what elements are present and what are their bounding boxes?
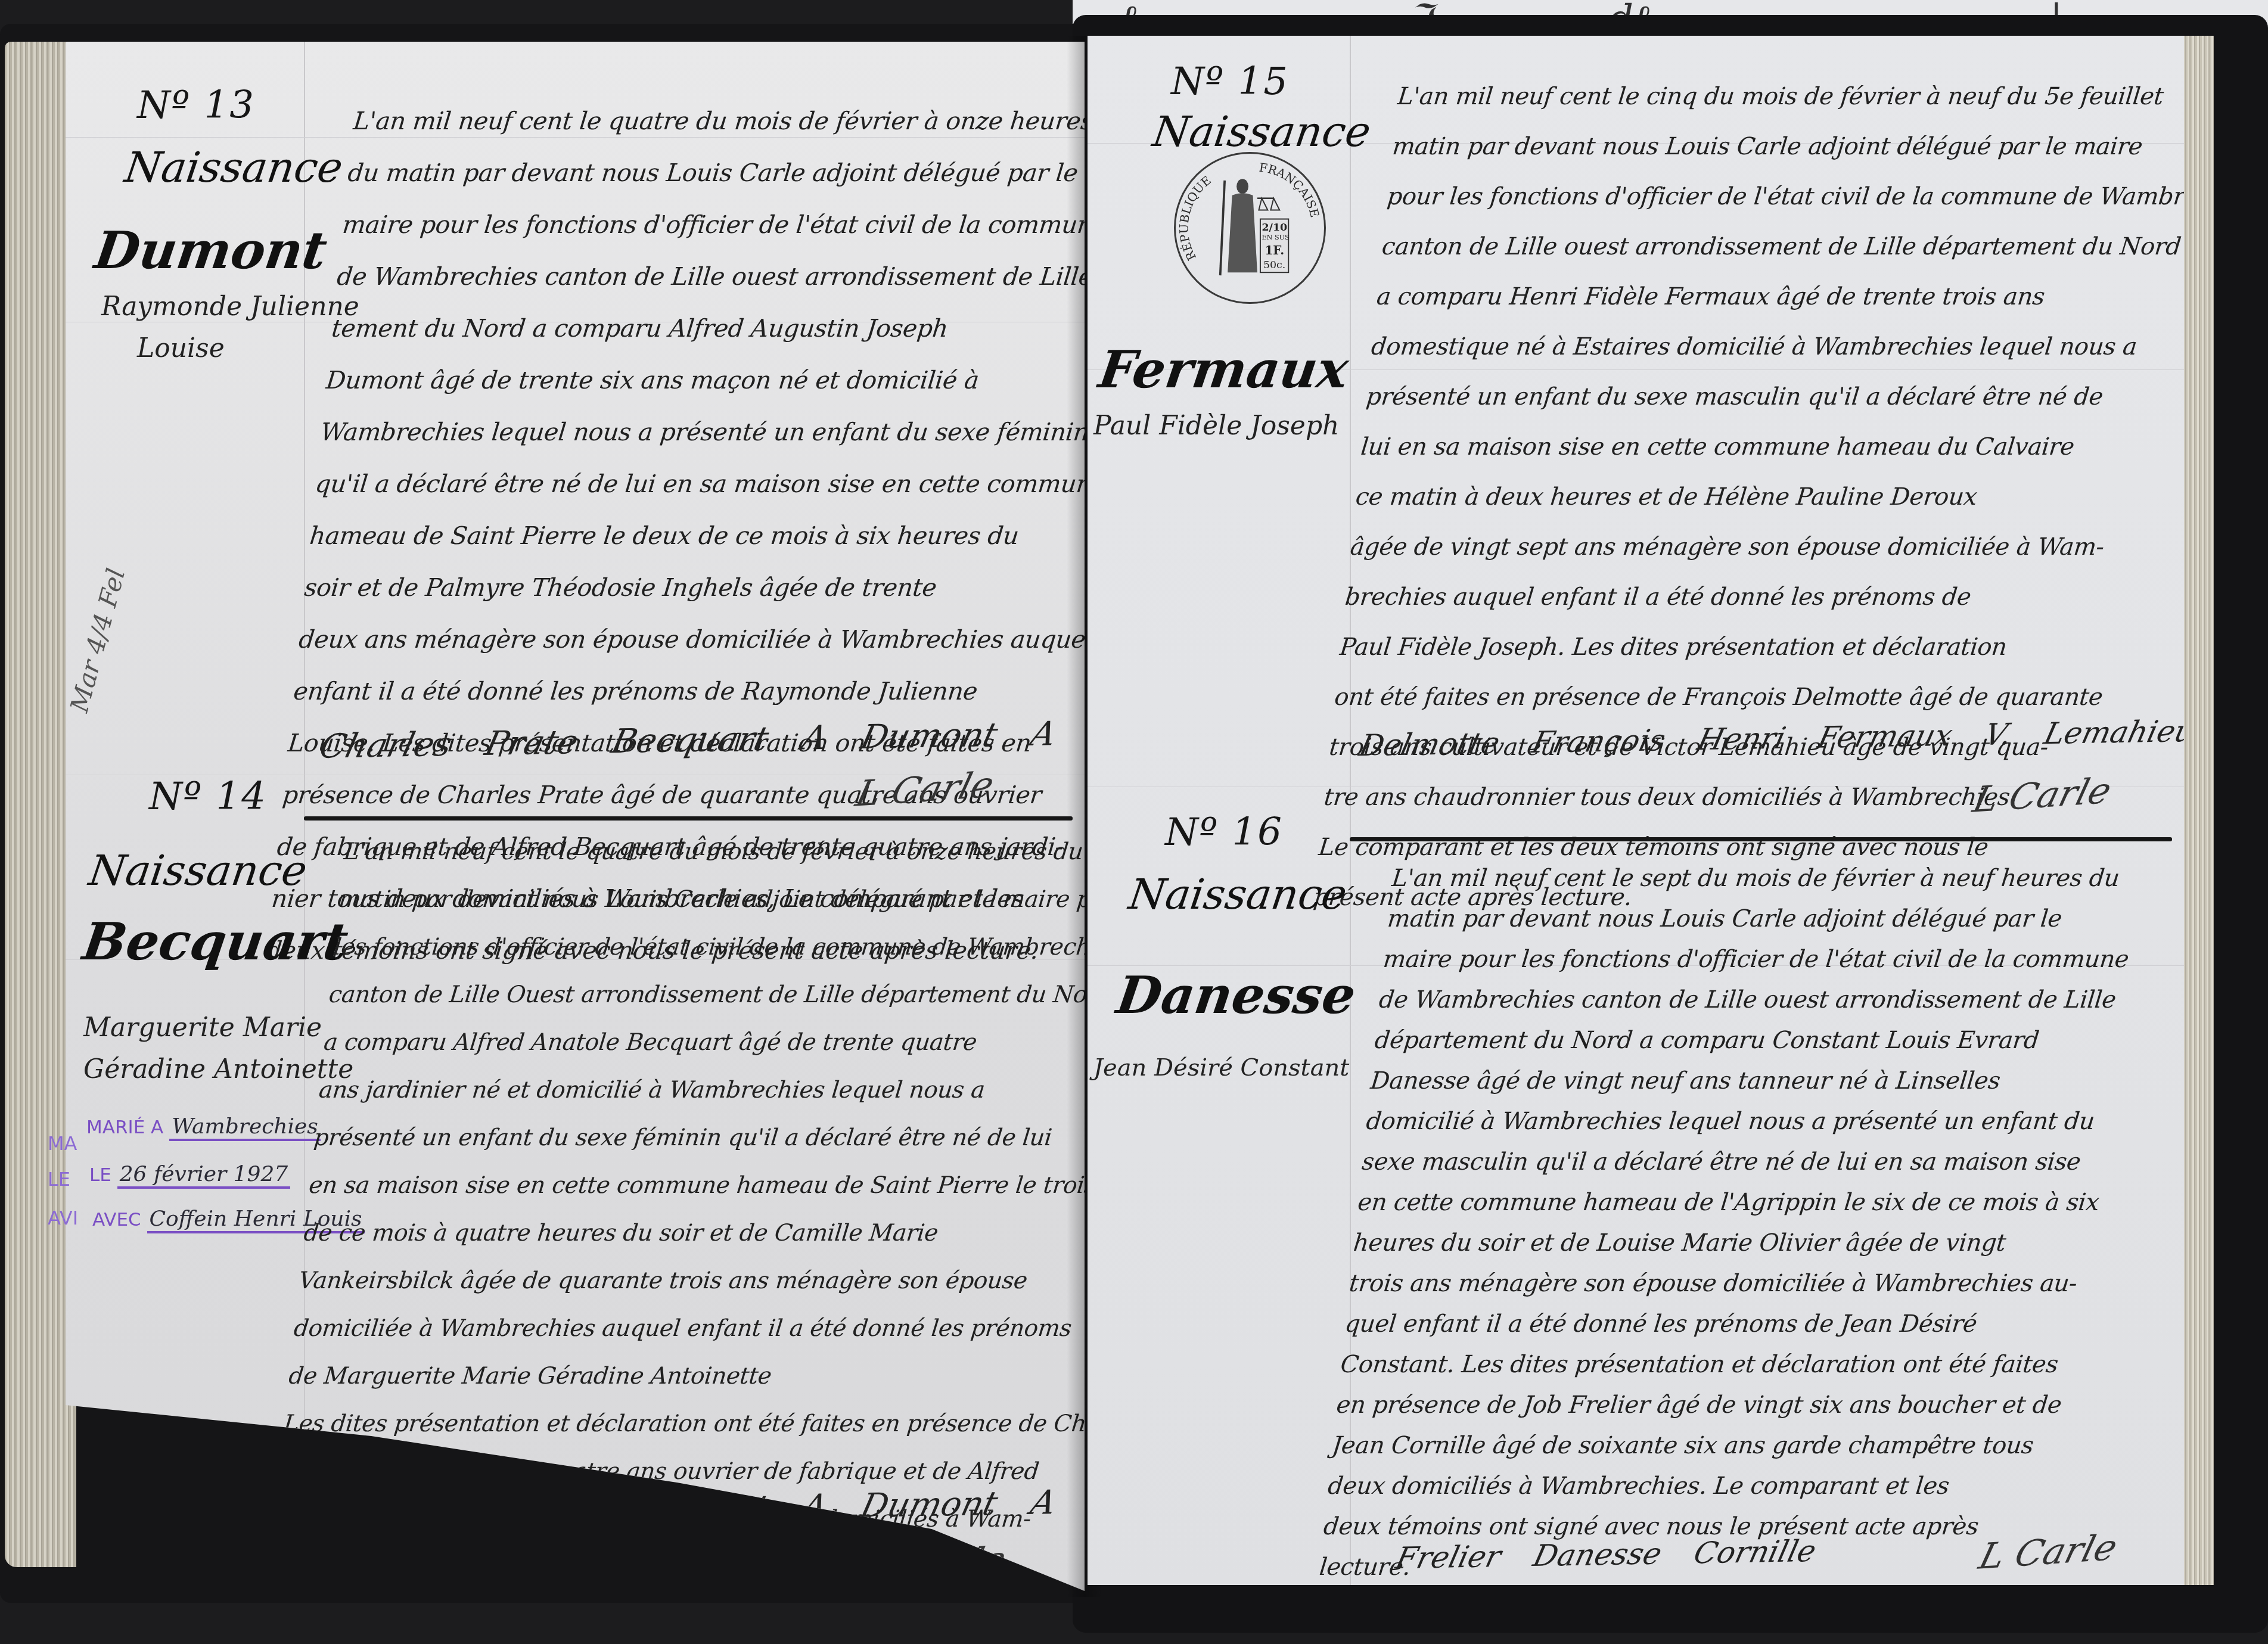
left-page: Nº 13 Naissance Dumont Raymonde Julienne… [66, 42, 1085, 1591]
entry-type: Naissance [1149, 107, 1374, 156]
entry-surname: Dumont [91, 220, 331, 281]
page-stack-right [2181, 36, 2214, 1585]
svg-text:RÉPUBLIQUE: RÉPUBLIQUE [1178, 173, 1214, 263]
justice-figure-icon: RÉPUBLIQUE FRANÇAISE 2/10 EN SUS 1F. 50c… [1176, 154, 1324, 302]
entry-type: Naissance [122, 143, 346, 192]
svg-text:EN SUS: EN SUS [1262, 234, 1289, 241]
svg-text:1F.: 1F. [1265, 243, 1284, 257]
margin-given-names: Paul Fidèle Joseph [1093, 405, 1339, 447]
entry-separator [1350, 837, 2172, 841]
margin-given-names: Raymonde Julienne Louise [101, 286, 359, 370]
margin-given-names: Marguerite Marie Géradine Antoinette [83, 1007, 353, 1091]
entry-number: Nº 16 [1165, 810, 1283, 854]
margin-given-names: Jean Désiré Constant [1093, 1049, 1349, 1087]
ghost-stamp-le: LE [48, 1168, 70, 1191]
entry-number: Nº 14 [149, 775, 267, 819]
entry-surname: Becquart [79, 912, 352, 972]
entry-surname: Danesse [1113, 965, 1359, 1025]
entry-type: Naissance [86, 846, 310, 895]
entry-surname: Fermaux [1095, 340, 1352, 400]
entry-number: Nº 13 [137, 83, 255, 128]
svg-text:50c.: 50c. [1263, 259, 1285, 271]
entry-number: Nº 15 [1171, 60, 1289, 104]
entry-body: L'an mil neuf cent le sept du mois de fé… [1318, 858, 2139, 1585]
entry-type: Naissance [1126, 870, 1350, 919]
ghost-stamp-ma: MA [48, 1132, 77, 1155]
svg-text:2/10: 2/10 [1262, 222, 1287, 234]
ghost-stamp-avec: AVI [48, 1207, 78, 1229]
fiscal-seal: RÉPUBLIQUE FRANÇAISE 2/10 EN SUS 1F. 50c… [1174, 152, 1326, 304]
entry-separator [304, 816, 1073, 821]
